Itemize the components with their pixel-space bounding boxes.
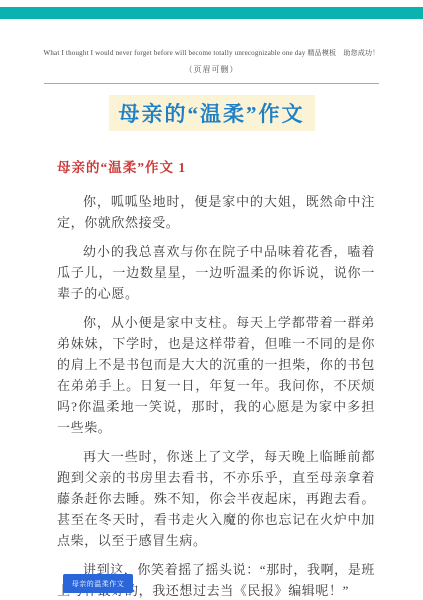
header-text-line2: （页眉可删） <box>42 64 381 75</box>
header-text-line1: What I thought I would never forget befo… <box>42 48 381 59</box>
paragraph-1: 你，呱呱坠地时，便是家中的大姐，既然命中注定，你就欣然接受。 <box>57 191 375 233</box>
paragraph-4: 再大一些时，你迷上了文学，每天晚上临睡前都跑到父亲的书房里去看书，不亦乐乎，直至… <box>57 446 375 551</box>
essay-body: 你，呱呱坠地时，便是家中的大姐，既然命中注定，你就欣然接受。 幼小的我总喜欢与你… <box>57 191 375 600</box>
section-heading: 母亲的“温柔”作文 1 <box>57 156 375 176</box>
paragraph-2: 幼小的我总喜欢与你在院子中品味着花香，嗑着瓜子儿，一边数星星，一边听温柔的你诉说… <box>57 241 375 304</box>
title-container: 母亲的“温柔”作文 <box>0 95 423 131</box>
page-title: 母亲的“温柔”作文 <box>109 95 315 131</box>
top-accent-bar <box>0 7 423 19</box>
document-header: What I thought I would never forget befo… <box>0 48 423 75</box>
document-page: What I thought I would never forget befo… <box>0 48 423 600</box>
paragraph-3: 你，从小便是家中支柱。每天上学都带着一群弟弟妹妹，下学时，也是这样带着，但唯一不… <box>57 312 375 438</box>
watermark-badge: 母亲的温柔作文 <box>63 574 133 593</box>
header-divider <box>44 83 379 84</box>
